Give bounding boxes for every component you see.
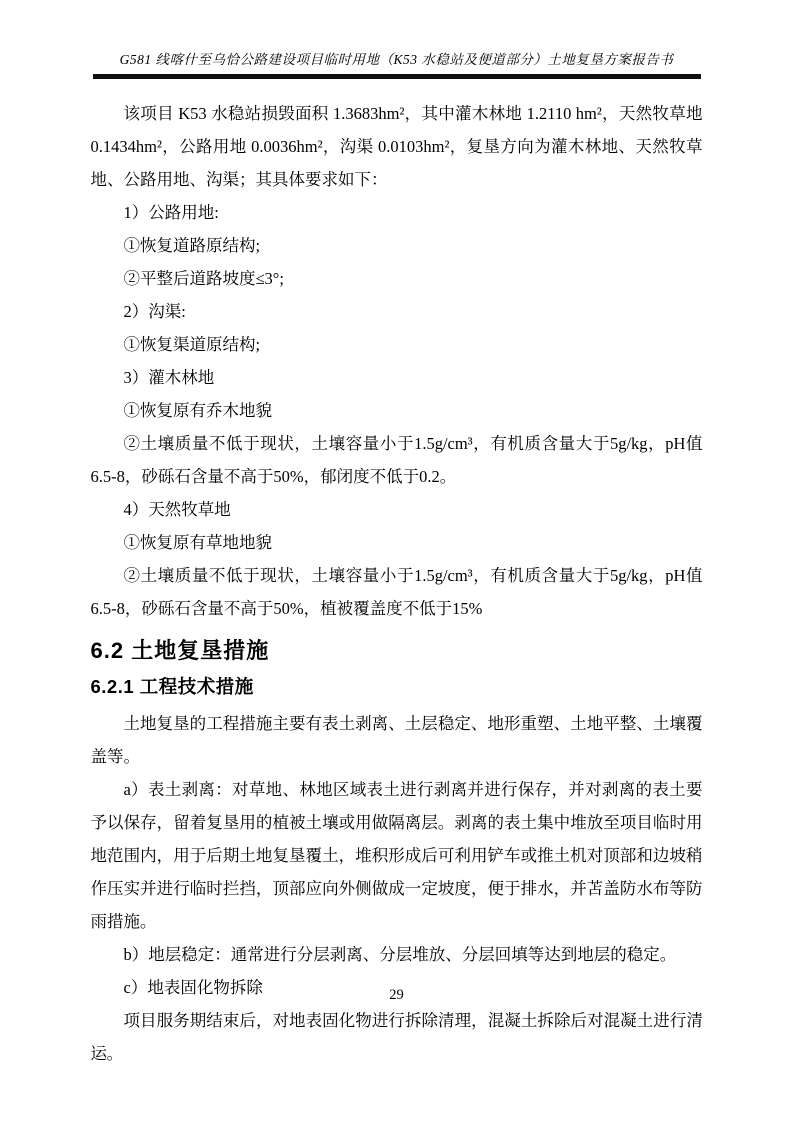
section-heading-6-2: 6.2 土地复垦措施 — [91, 637, 703, 665]
header-double-rule — [93, 74, 701, 79]
page-header: G581 线喀什至乌恰公路建设项目临时用地（K53 水稳站及便道部分）土地复垦方… — [77, 0, 717, 69]
para-measure-a-topsoil: a）表土剥离：对草地、林地区域表土进行剥离并进行保存，并对剥离的表土要予以保存，… — [91, 773, 703, 938]
list-item-2-ditch-title: 2）沟渠: — [91, 295, 703, 328]
list-item-1-road-slope: ②平整后道路坡度≤3°; — [91, 262, 703, 295]
section-heading-6-2-1: 6.2.1 工程技术措施 — [91, 675, 703, 699]
list-item-4-restore-grass: ①恢复原有草地地貌 — [91, 526, 703, 559]
para-damage-overview: 该项目 K53 水稳站损毁面积 1.3683hm²，其中灌木林地 1.2110 … — [91, 97, 703, 196]
list-item-1-road-title: 1）公路用地: — [91, 196, 703, 229]
list-item-3-soil-quality: ②土壤质量不低于现状，土壤容量小于1.5g/cm³，有机质含量大于5g/kg，p… — [91, 427, 703, 493]
list-item-4-grassland-title: 4）天然牧草地 — [91, 493, 703, 526]
document-body: 该项目 K53 水稳站损毁面积 1.3683hm²，其中灌木林地 1.2110 … — [91, 97, 703, 1070]
list-item-4-soil-quality: ②土壤质量不低于现状，土壤容量小于1.5g/cm³，有机质含量大于5g/kg，p… — [91, 559, 703, 625]
para-measures-intro: 土地复垦的工程措施主要有表土剥离、土层稳定、地形重塑、土地平整、土壤覆盖等。 — [91, 707, 703, 773]
para-measure-b-strata: b）地层稳定：通常进行分层剥离、分层堆放、分层回填等达到地层的稳定。 — [91, 938, 703, 971]
para-measure-c-detail: 项目服务期结束后，对地表固化物进行拆除清理，混凝土拆除后对混凝土进行清运。 — [91, 1004, 703, 1070]
list-item-1-restore-structure: ①恢复道路原结构; — [91, 229, 703, 262]
list-item-3-shrubland-title: 3）灌木林地 — [91, 361, 703, 394]
list-item-2-restore-channel: ①恢复渠道原结构; — [91, 328, 703, 361]
header-title: G581 线喀什至乌恰公路建设项目临时用地（K53 水稳站及便道部分）土地复垦方… — [120, 52, 674, 67]
list-item-3-restore-terrain: ①恢复原有乔木地貌 — [91, 394, 703, 427]
document-page: G581 线喀什至乌恰公路建设项目临时用地（K53 水稳站及便道部分）土地复垦方… — [0, 0, 793, 1122]
page-number: 29 — [0, 986, 793, 1004]
